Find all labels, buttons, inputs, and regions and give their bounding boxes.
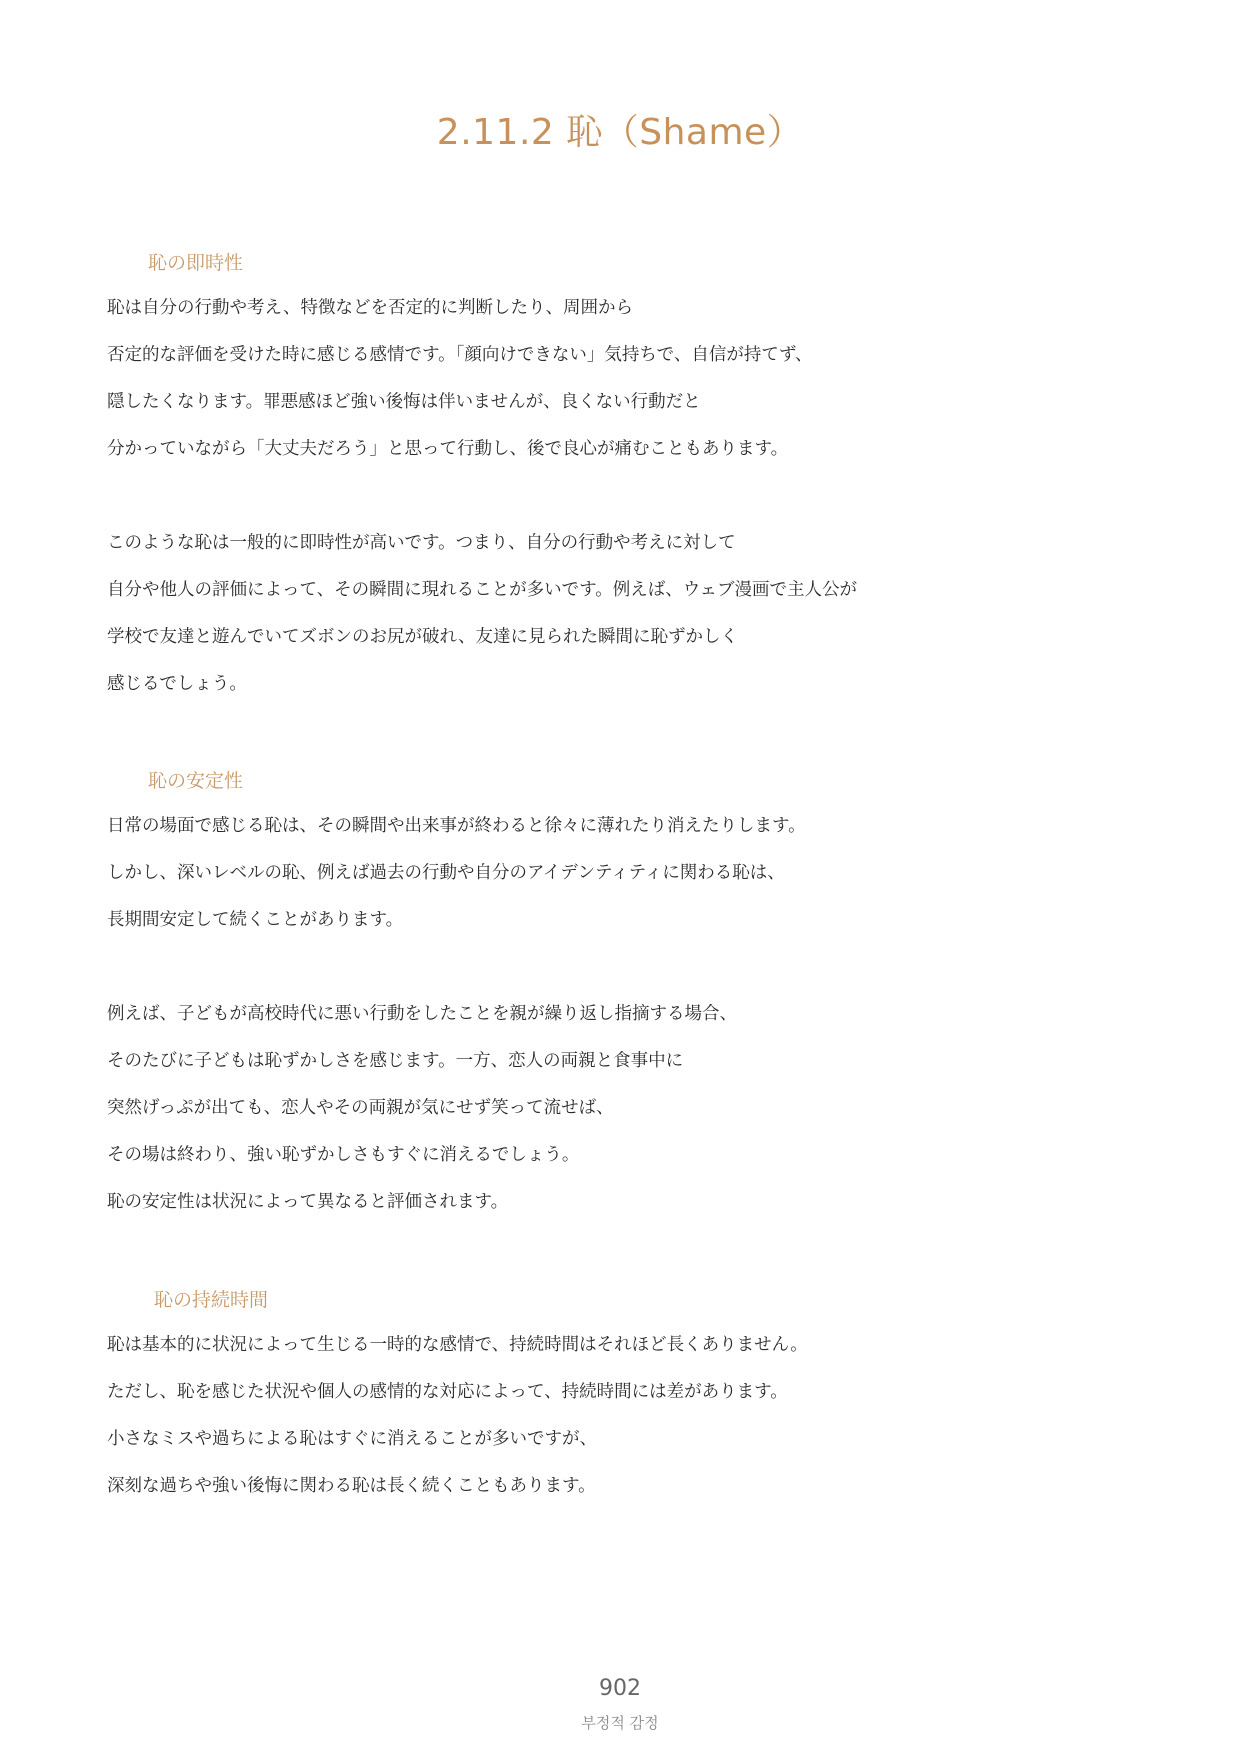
paragraph-line: 突然げっぷが出ても、恋人やその両親が気にせず笑って流せば、	[107, 1094, 614, 1119]
section-heading-immediacy: 恥の即時性	[148, 248, 243, 275]
paragraph-line: 恥の安定性は状況によって異なると評価されます。	[107, 1188, 508, 1213]
chapter-label: 부정적 감정	[0, 1712, 1240, 1733]
paragraph-line: 恥は基本的に状況によって生じる一時的な感情で、持続時間はそれほど長くありません。	[107, 1331, 808, 1356]
paragraph-line: 深刻な過ちや強い後悔に関わる恥は長く続くこともあります。	[107, 1472, 596, 1497]
paragraph-line: ただし、恥を感じた状況や個人の感情的な対応によって、持続時間には差があります。	[107, 1378, 788, 1403]
page-title: 2.11.2 恥（Shame）	[0, 104, 1240, 155]
paragraph-line: 学校で友達と遊んでいてズボンのお尻が破れ、友達に見られた瞬間に恥ずかしく	[107, 623, 738, 648]
section-heading-stability: 恥の安定性	[148, 766, 243, 793]
paragraph-line: 日常の場面で感じる恥は、その瞬間や出来事が終わると徐々に薄れたり消えたりします。	[107, 812, 806, 837]
paragraph-line: 恥は自分の行動や考え、特徴などを否定的に判断したり、周囲から	[107, 294, 633, 319]
paragraph-line: 例えば、子どもが高校時代に悪い行動をしたことを親が繰り返し指摘する場合、	[107, 1000, 737, 1025]
paragraph-line: 自分や他人の評価によって、その瞬間に現れることが多いです。例えば、ウェブ漫画で主…	[107, 576, 857, 601]
page-number: 902	[0, 1676, 1240, 1701]
paragraph-line: そのたびに子どもは恥ずかしさを感じます。一方、恋人の両親と食事中に	[107, 1047, 683, 1072]
paragraph-line: 隠したくなります。罪悪感ほど強い後悔は伴いませんが、良くない行動だと	[107, 388, 701, 413]
paragraph-line: しかし、深いレベルの恥、例えば過去の行動や自分のアイデンティティに関わる恥は、	[107, 859, 785, 884]
paragraph-line: このような恥は一般的に即時性が高いです。つまり、自分の行動や考えに対して	[107, 529, 736, 554]
paragraph-line: 感じるでしょう。	[107, 670, 247, 695]
paragraph-line: 小さなミスや過ちによる恥はすぐに消えることが多いですが、	[107, 1425, 597, 1450]
section-heading-duration: 恥の持続時間	[154, 1285, 268, 1312]
paragraph-line: 分かっていながら「大丈夫だろう」と思って行動し、後で良心が痛むこともあります。	[107, 435, 788, 460]
paragraph-line: 否定的な評価を受けた時に感じる感情です。「顔向けできない」気持ちで、自信が持てず…	[107, 341, 812, 366]
paragraph-line: その場は終わり、強い恥ずかしさもすぐに消えるでしょう。	[107, 1141, 579, 1166]
paragraph-line: 長期間安定して続くことがあります。	[107, 906, 403, 931]
